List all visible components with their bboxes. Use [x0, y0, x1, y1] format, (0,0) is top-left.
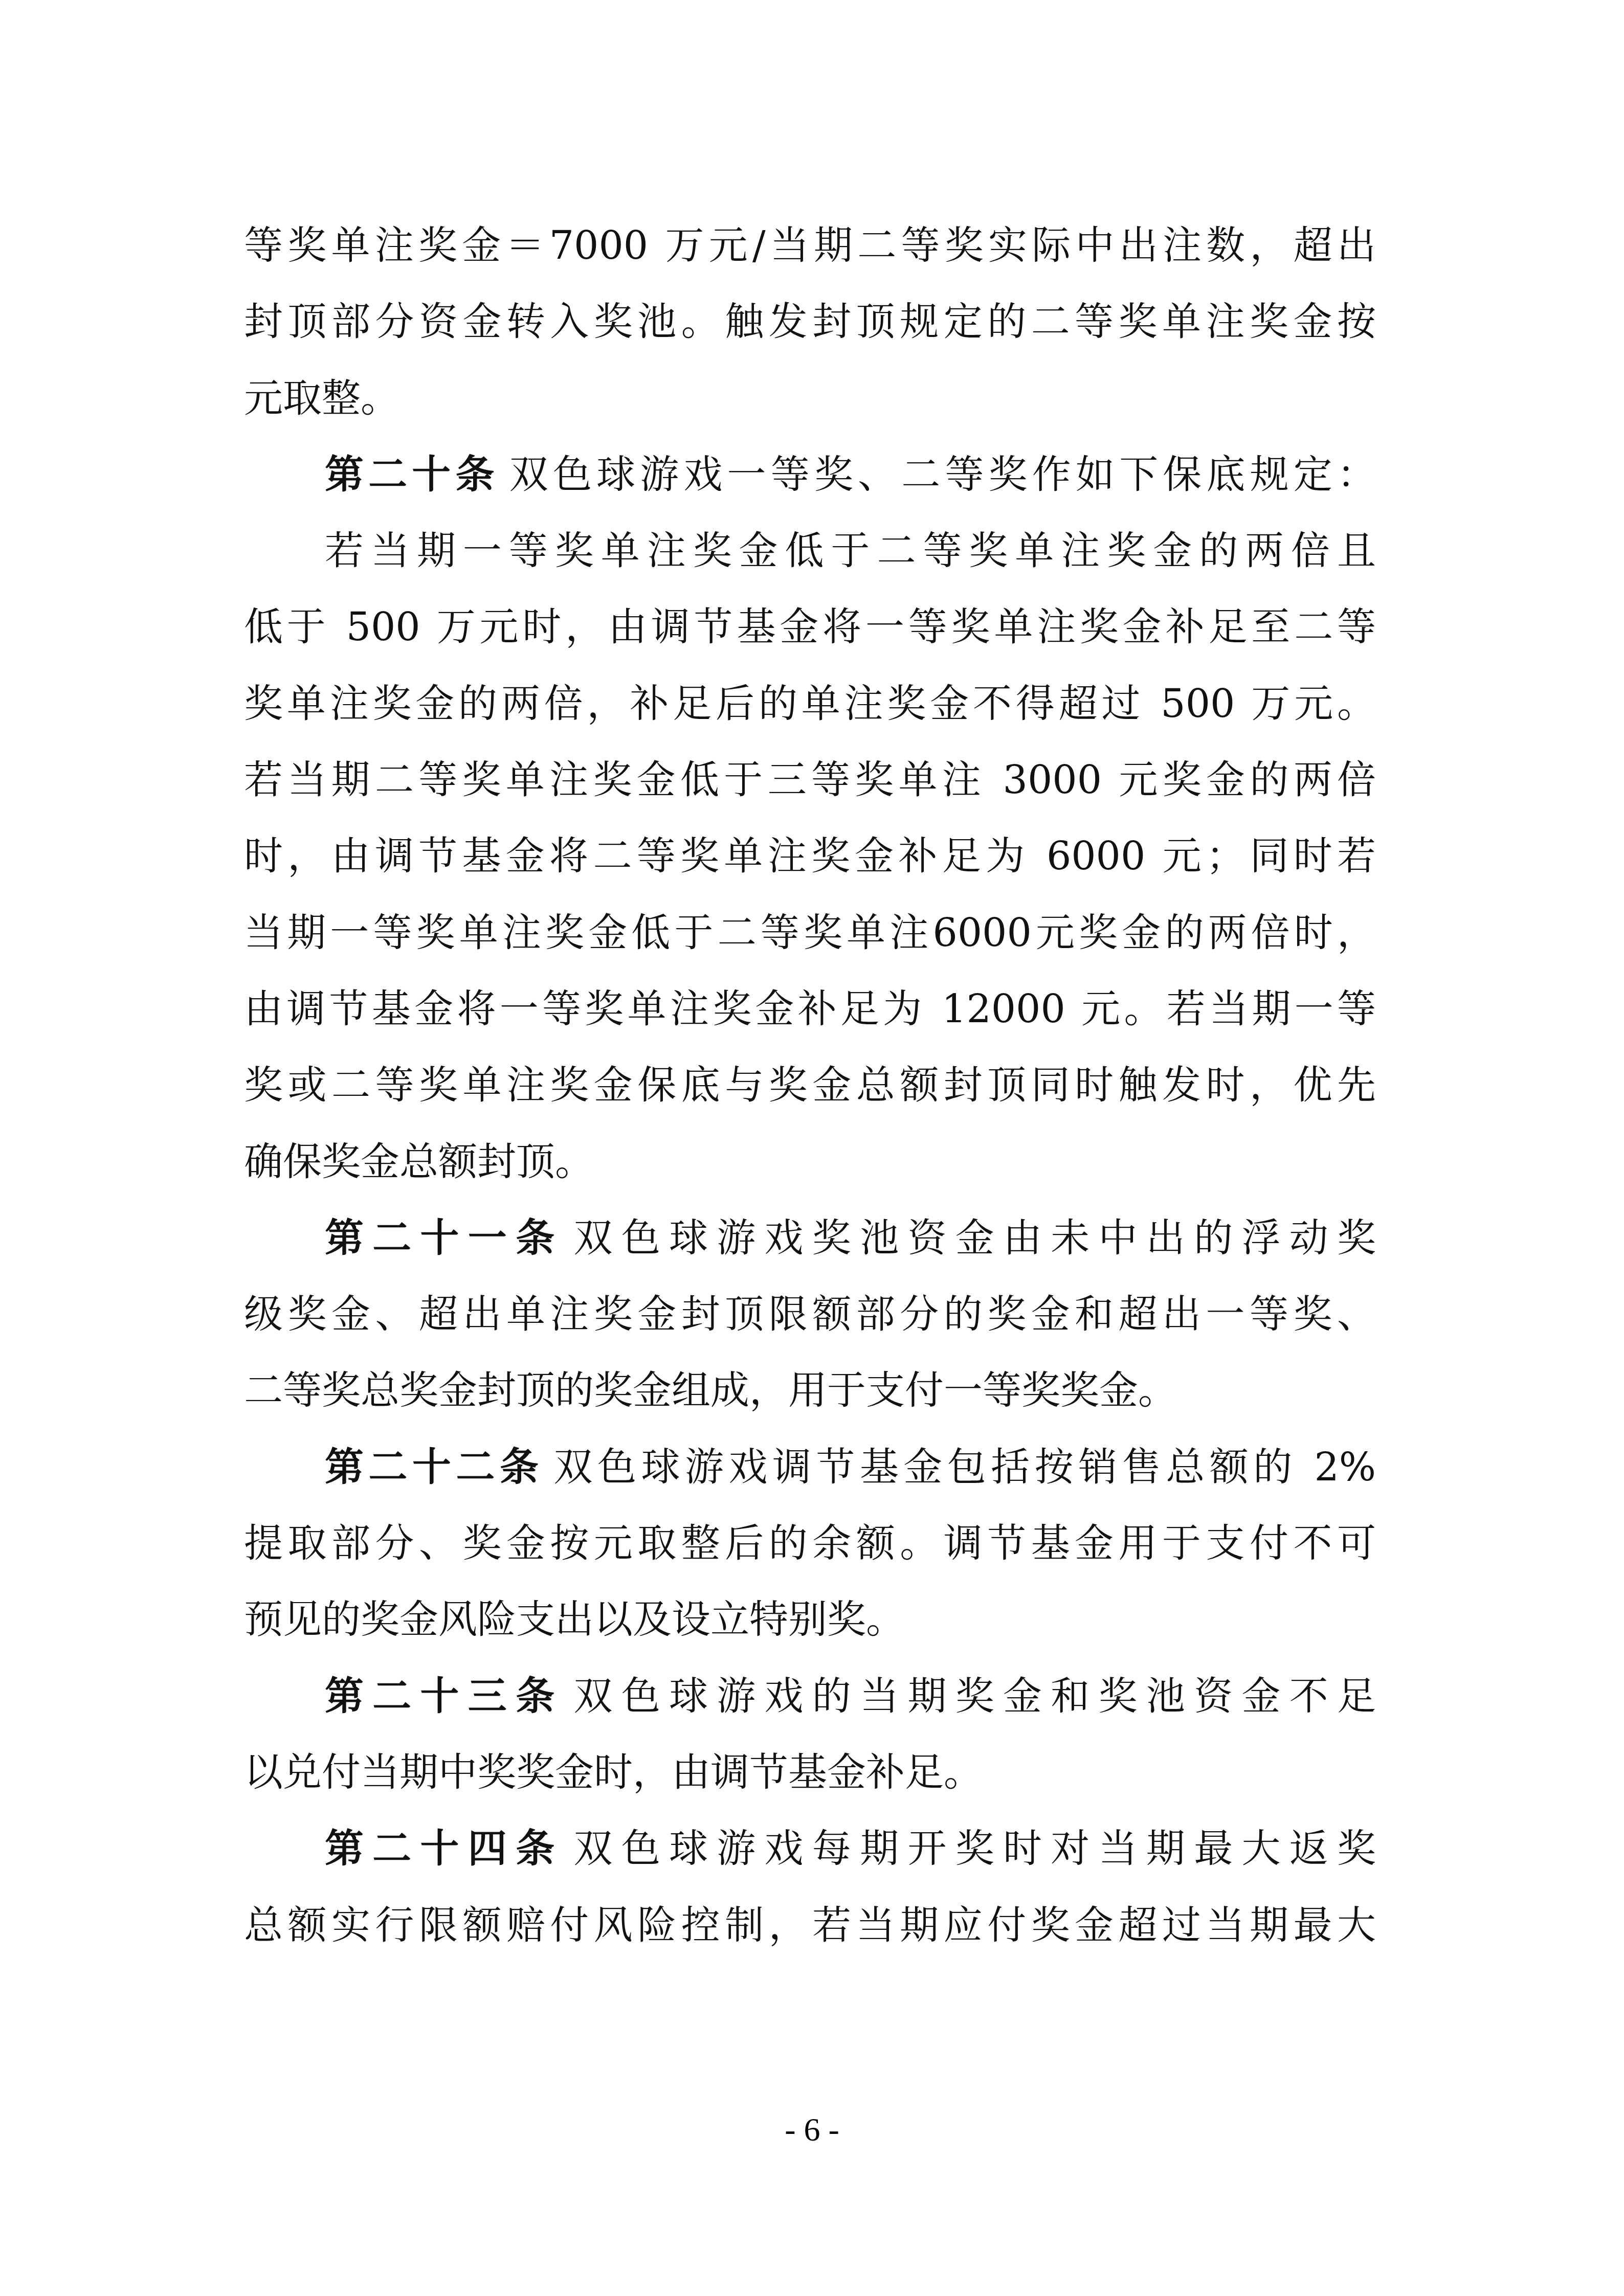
- text-line: 二等奖总奖金封顶的奖金组成，用于支付一等奖奖金。: [244, 1352, 1376, 1428]
- article-text: 双色球游戏每期开奖时对当期最大返奖: [573, 1826, 1376, 1871]
- text-line: 预见的奖金风险支出以及设立特别奖。: [244, 1581, 1376, 1657]
- article-21-heading-line: 第二十一条双色球游戏奖池资金由未中出的浮动奖: [244, 1200, 1376, 1276]
- text-line: 确保奖金总额封顶。: [244, 1123, 1376, 1200]
- article-22-heading-line: 第二十二条双色球游戏调节基金包括按销售总额的 2%: [244, 1429, 1376, 1505]
- document-page: 等奖单注奖金＝7000 万元/当期二等奖实际中出注数，超出 封顶部分资金转入奖池…: [0, 0, 1624, 2296]
- text-line: 总额实行限额赔付风险控制，若当期应付奖金超过当期最大: [244, 1887, 1376, 1963]
- text-line: 以兑付当期中奖奖金时，由调节基金补足。: [244, 1734, 1376, 1810]
- article-23-heading-line: 第二十三条双色球游戏的当期奖金和奖池资金不足: [244, 1658, 1376, 1734]
- article-text: 双色球游戏一等奖、二等奖作如下保底规定：: [509, 452, 1376, 497]
- text-line: 元取整。: [244, 360, 1376, 436]
- text-line: 奖或二等奖单注奖金保底与奖金总额封顶同时触发时，优先: [244, 1047, 1376, 1123]
- text-line: 由调节基金将一等奖单注奖金补足为 12000 元。若当期一等: [244, 971, 1376, 1047]
- page-number: - 6 -: [0, 2109, 1624, 2150]
- article-text: 双色球游戏奖池资金由未中出的浮动奖: [573, 1215, 1376, 1260]
- text-line: 封顶部分资金转入奖池。触发封顶规定的二等奖单注奖金按: [244, 283, 1376, 359]
- text-line: 若当期一等奖单注奖金低于二等奖单注奖金的两倍且: [244, 512, 1376, 589]
- article-number: 第二十四条: [325, 1826, 563, 1871]
- article-20-heading-line: 第二十条双色球游戏一等奖、二等奖作如下保底规定：: [244, 436, 1376, 512]
- text-line: 时，由调节基金将二等奖单注奖金补足为 6000 元；同时若: [244, 818, 1376, 894]
- text-line: 级奖金、超出单注奖金封顶限额部分的奖金和超出一等奖、: [244, 1276, 1376, 1352]
- article-text: 双色球游戏的当期奖金和奖池资金不足: [573, 1673, 1376, 1719]
- text-line: 等奖单注奖金＝7000 万元/当期二等奖实际中出注数，超出: [244, 207, 1376, 283]
- article-24-heading-line: 第二十四条双色球游戏每期开奖时对当期最大返奖: [244, 1810, 1376, 1886]
- article-number: 第二十二条: [325, 1444, 543, 1490]
- text-line: 提取部分、奖金按元取整后的余额。调节基金用于支付不可: [244, 1505, 1376, 1581]
- article-text: 双色球游戏调节基金包括按销售总额的 2%: [553, 1444, 1376, 1490]
- text-line: 当期一等奖单注奖金低于二等奖单注6000元奖金的两倍时，: [244, 894, 1376, 971]
- body-text: 等奖单注奖金＝7000 万元/当期二等奖实际中出注数，超出 封顶部分资金转入奖池…: [244, 207, 1376, 1963]
- article-number: 第二十条: [325, 452, 499, 497]
- text-line: 若当期二等奖单注奖金低于三等奖单注 3000 元奖金的两倍: [244, 741, 1376, 818]
- article-number: 第二十一条: [325, 1215, 563, 1260]
- text-line: 奖单注奖金的两倍，补足后的单注奖金不得超过 500 万元。: [244, 665, 1376, 741]
- article-number: 第二十三条: [325, 1673, 563, 1719]
- text-line: 低于 500 万元时，由调节基金将一等奖单注奖金补足至二等: [244, 589, 1376, 665]
